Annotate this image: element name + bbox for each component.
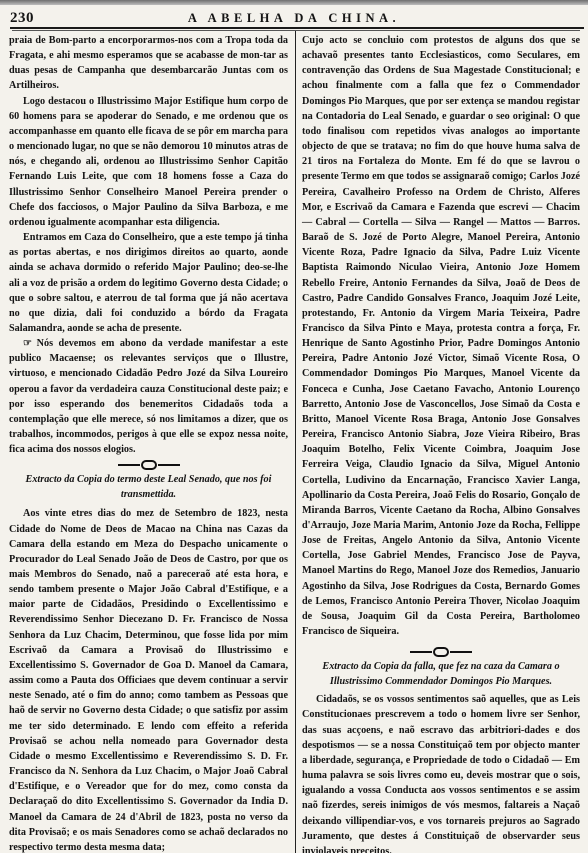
pointing-hand-icon: ☞: [23, 338, 31, 349]
column-divider: [295, 31, 296, 853]
section-heading: Extracto da Copia do termo deste Leal Se…: [9, 472, 288, 502]
paragraph-text: Nós devemos em abono da verdade manifest…: [9, 338, 288, 455]
section-heading-line: Illustrissimo Commendador Domingos Pio M…: [302, 674, 580, 689]
page-header: 230 A ABELHA DA CHINA.: [6, 9, 582, 27]
left-column: praia de Bom-parto a encorporarmos-nos c…: [9, 33, 288, 853]
paragraph: Aos vinte etres dias do mez de Setembro …: [9, 506, 288, 853]
newspaper-title: A ABELHA DA CHINA.: [6, 11, 582, 26]
section-ornament-icon: [9, 458, 288, 471]
header-rule-thin: [12, 30, 580, 31]
paragraph: Cidadaõs, se os vossos sentimentos saõ a…: [302, 692, 580, 853]
paragraph: ☞ Nós devemos em abono da verdade manife…: [9, 336, 288, 457]
paragraph: praia de Bom-parto a encorporarmos-nos c…: [9, 33, 288, 94]
paragraph: Entramos em Caza do Conselheiro, que a e…: [9, 230, 288, 336]
section-heading-line: Extracto da Copia da falla, que fez na c…: [302, 659, 580, 674]
paragraph: Logo destacou o Illustrissimo Major Esti…: [9, 94, 288, 230]
section-heading: Extracto da Copia da falla, que fez na c…: [302, 659, 580, 689]
page-top-edge: [0, 0, 588, 5]
paragraph: Cujo acto se concluio com protestos de a…: [302, 33, 580, 639]
header-rule: [10, 27, 584, 29]
section-ornament-icon: [302, 645, 580, 658]
right-column: Cujo acto se concluio com protestos de a…: [302, 33, 580, 853]
